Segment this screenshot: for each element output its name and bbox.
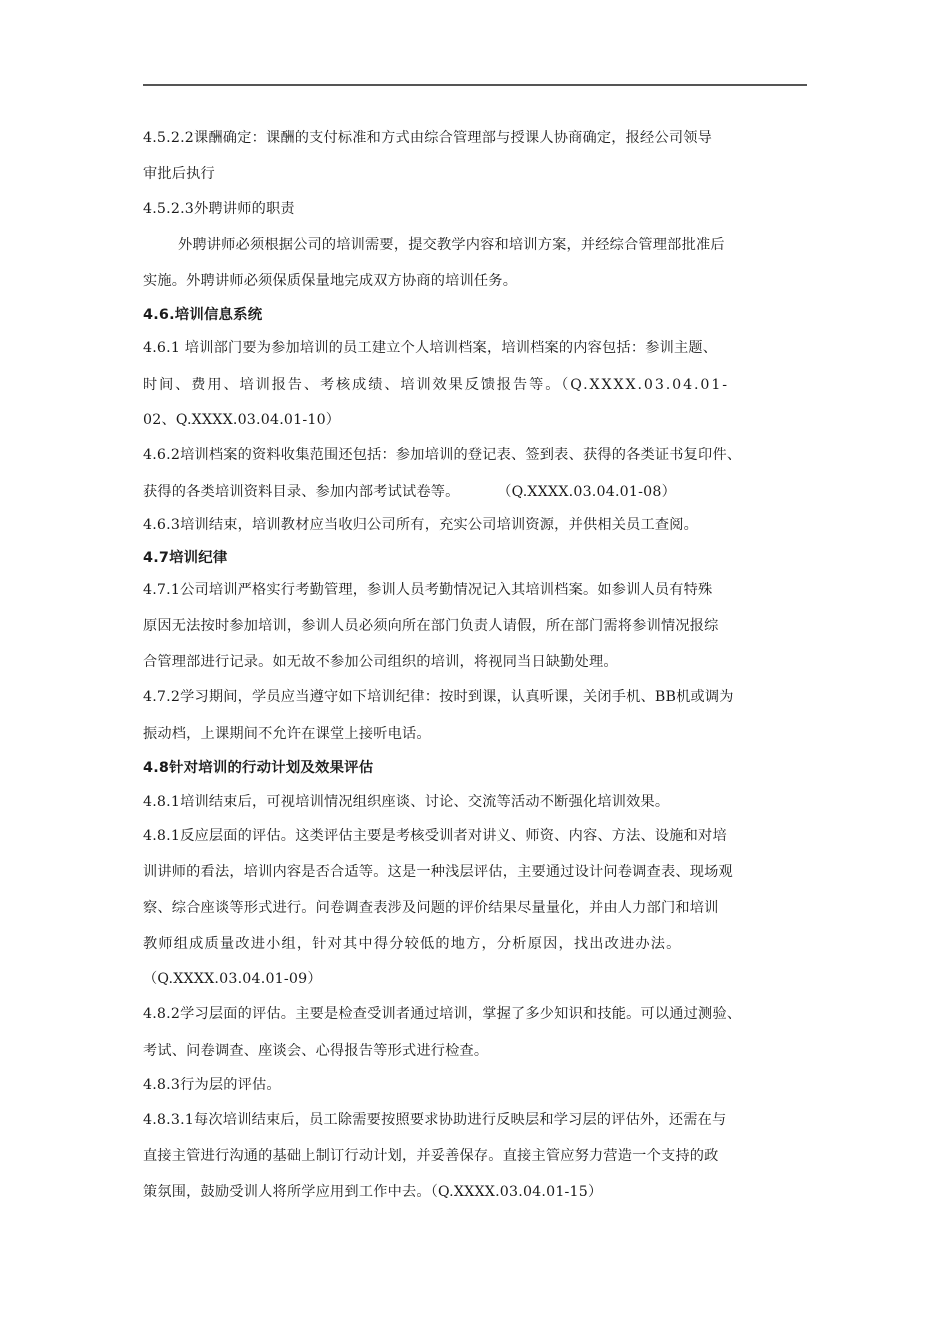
section-heading-4-6: 4.6.培训信息系统 [143,305,807,325]
reference-code: （Q.XXXX.03.04.01-09） [143,969,807,989]
paragraph-line-4-8-1-reaction: 4.8.1反应层面的评估。这类评估主要是考核受训者对讲义、师资、内容、方法、设施… [143,826,807,846]
paragraph-line: 振动档，上课期间不允许在课堂上接听电话。 [143,724,807,744]
paragraph-line: 合管理部进行记录。如无故不参加公司组织的培训，将视同当日缺勤处理。 [143,652,807,672]
paragraph-line-4-7-1: 4.7.1公司培训严格实行考勤管理，参训人员考勤情况记入其培训档案。如参训人员有… [143,580,807,600]
paragraph-line: 实施。外聘讲师必须保质保量地完成双方协商的培训任务。 [143,271,807,291]
paragraph-line-4-8-3-1: 4.8.3.1每次培训结束后，员工除需要按照要求协助进行反映层和学习层的评估外，… [143,1110,807,1130]
section-heading-4-8: 4.8针对培训的行动计划及效果评估 [143,758,807,778]
paragraph-line-4-7-2: 4.7.2学习期间，学员应当遵守如下培训纪律：按时到课，认真听课，关闭手机、BB… [143,687,807,707]
paragraph-line-4-6-2: 4.6.2培训档案的资料收集范围还包括：参加培训的登记表、签到表、获得的各类证书… [143,445,807,465]
paragraph-line: 审批后执行 [143,164,807,184]
paragraph-line-4-5-2-2: 4.5.2.2课酬确定：课酬的支付标准和方式由综合管理部与授课人协商确定，报经公… [143,128,807,148]
header-rule [143,84,807,86]
paragraph-line-4-6-1: 4.6.1 培训部门要为参加培训的员工建立个人培训档案，培训档案的内容包括：参训… [143,338,807,358]
paragraph-line: 策氛围，鼓励受训人将所学应用到工作中去。（Q.XXXX.03.04.01-15） [143,1182,807,1202]
paragraph-line: 直接主管进行沟通的基础上制订行动计划，并妥善保存。直接主管应努力营造一个支持的政 [143,1146,807,1166]
subsection-heading-4-5-2-3: 4.5.2.3外聘讲师的职责 [143,199,807,219]
paragraph-line-4-8-2: 4.8.2学习层面的评估。主要是检查受训者通过培训，掌握了多少知识和技能。可以通… [143,1004,807,1024]
subsection-heading-4-8-3: 4.8.3行为层的评估。 [143,1075,807,1095]
paragraph-line-4-8-1: 4.8.1培训结束后，可视培训情况组织座谈、讨论、交流等活动不断强化培训效果。 [143,792,807,812]
paragraph-line: 外聘讲师必须根据公司的培训需要，提交教学内容和培训方案，并经综合管理部批准后 [178,235,807,255]
paragraph-line: 察、综合座谈等形式进行。问卷调查表涉及问题的评价结果尽量量化，并由人力部门和培训 [143,898,807,918]
section-heading-4-7: 4.7培训纪律 [143,548,807,568]
paragraph-line: 训讲师的看法，培训内容是否合适等。这是一种浅层评估，主要通过设计问卷调查表、现场… [143,862,807,882]
paragraph-line: 原因无法按时参加培训，参训人员必须向所在部门负责人请假，所在部门需将参训情况报综 [143,616,807,636]
paragraph-line-4-6-3: 4.6.3培训结束，培训教材应当收归公司所有，充实公司培训资源，并供相关员工查阅… [143,515,807,535]
paragraph-line: 02、Q.XXXX.03.04.01-10） [143,410,807,430]
paragraph-line: 考试、问卷调查、座谈会、心得报告等形式进行检查。 [143,1041,807,1061]
paragraph-line: 时间、费用、培训报告、考核成绩、培训效果反馈报告等。（Q.XXXX.03.04.… [143,375,807,395]
paragraph-line: 获得的各类培训资料目录、参加内部考试试卷等。 （Q.XXXX.03.04.01-… [143,482,807,502]
document-page: 4.5.2.2课酬确定：课酬的支付标准和方式由综合管理部与授课人协商确定，报经公… [0,0,950,1344]
paragraph-line: 教师组成质量改进小组，针对其中得分较低的地方，分析原因，找出改进办法。 [143,934,807,954]
